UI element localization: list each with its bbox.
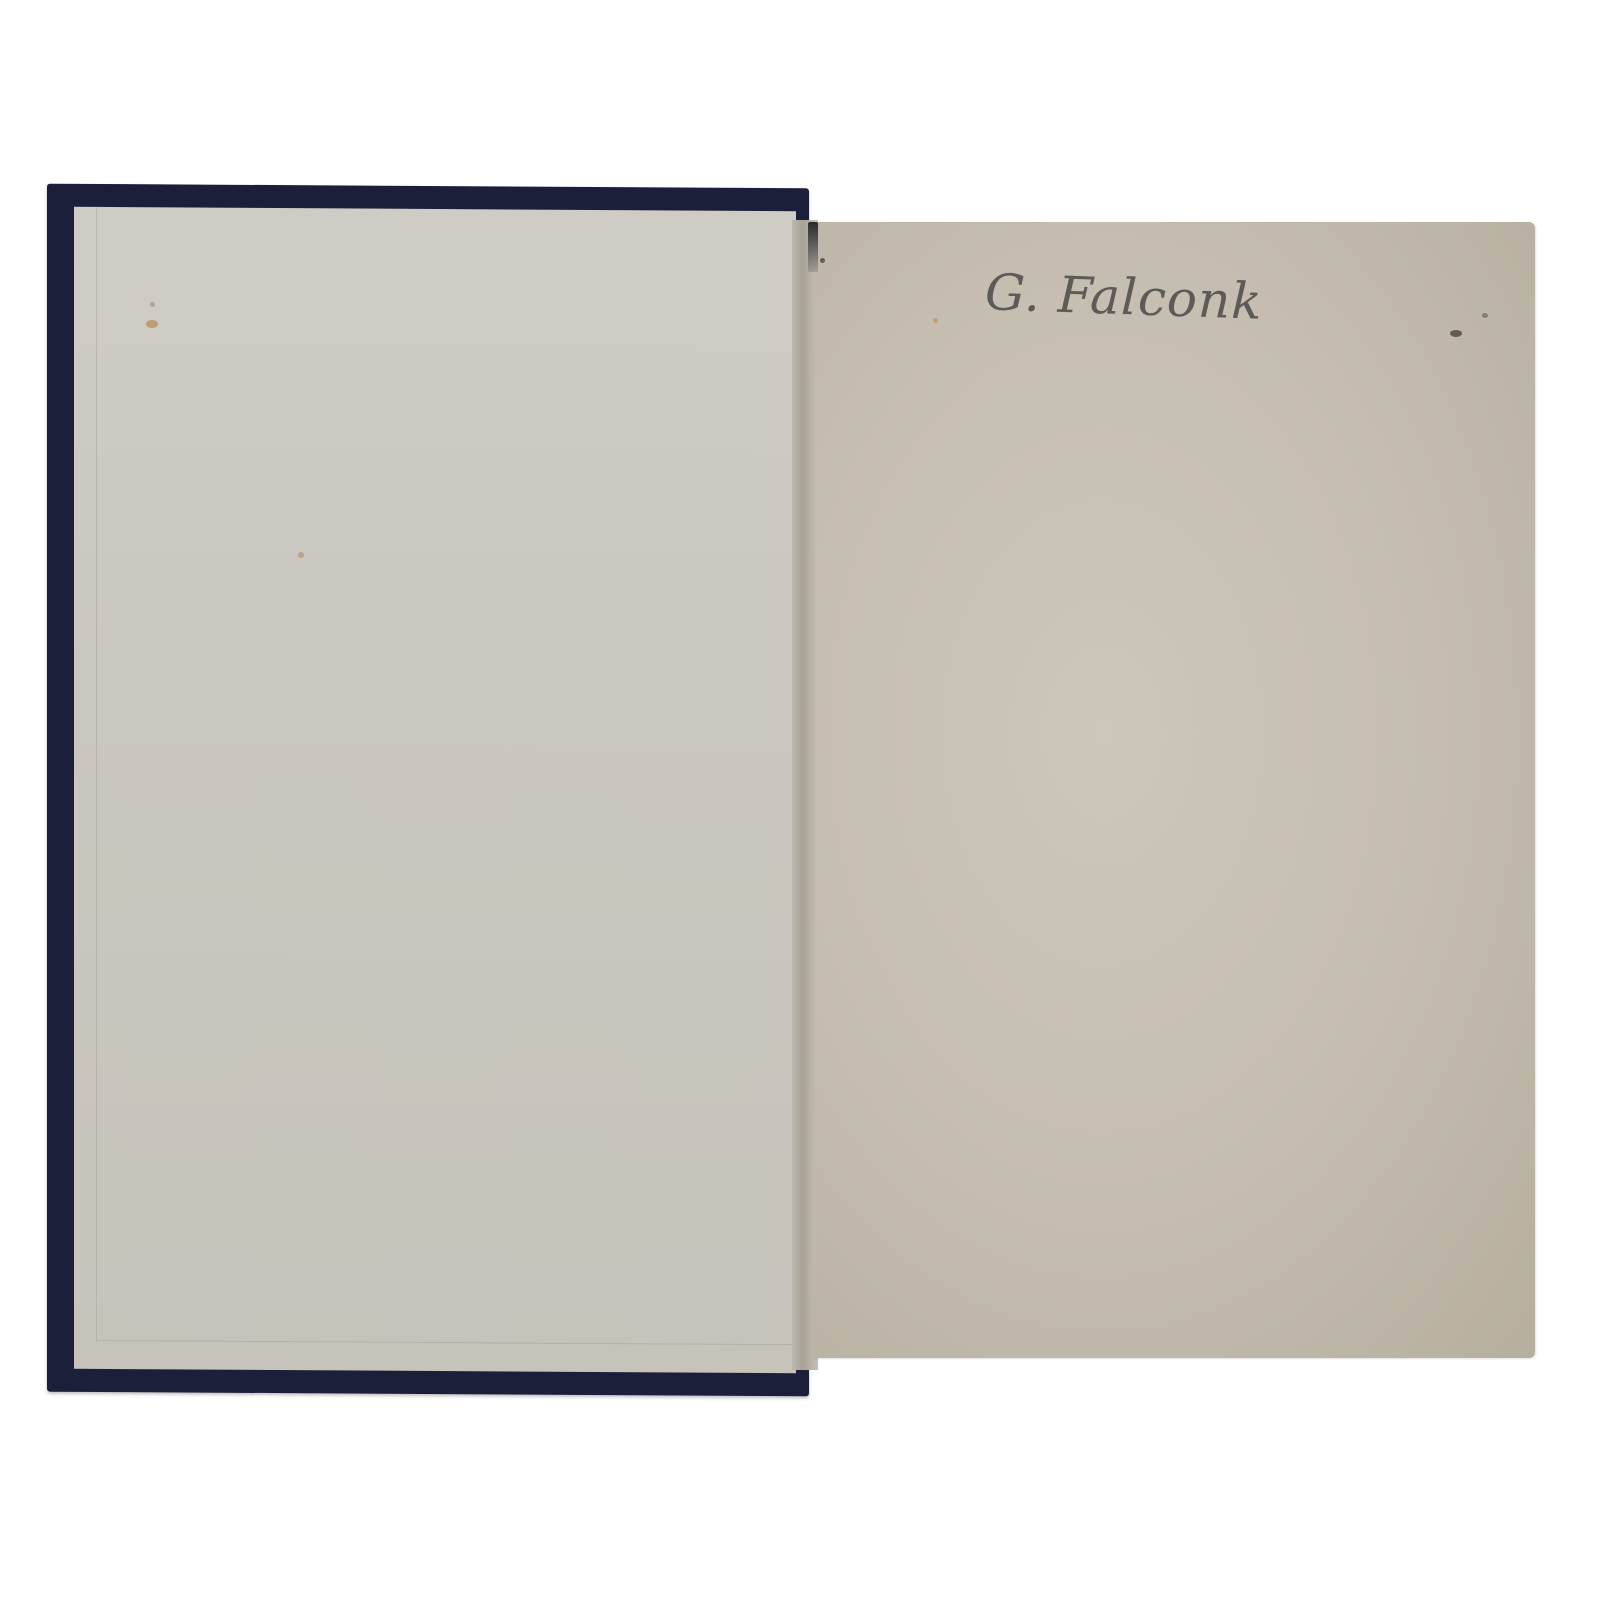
inside-cover-pastedown: [74, 207, 796, 1373]
foxing-spot: [820, 258, 825, 263]
hinge-shadow: [808, 222, 818, 272]
foxing-spot: [150, 302, 155, 307]
foxing-spot: [146, 320, 158, 328]
foxing-spot: [933, 318, 938, 323]
foxing-spot: [298, 552, 304, 558]
handwritten-signature: G. Falconk: [984, 263, 1264, 331]
foxing-spot: [1482, 313, 1488, 318]
free-endpaper-page: [815, 222, 1535, 1358]
foxing-spot: [1450, 330, 1462, 337]
book-photo: G. Falconk: [0, 0, 1600, 1600]
